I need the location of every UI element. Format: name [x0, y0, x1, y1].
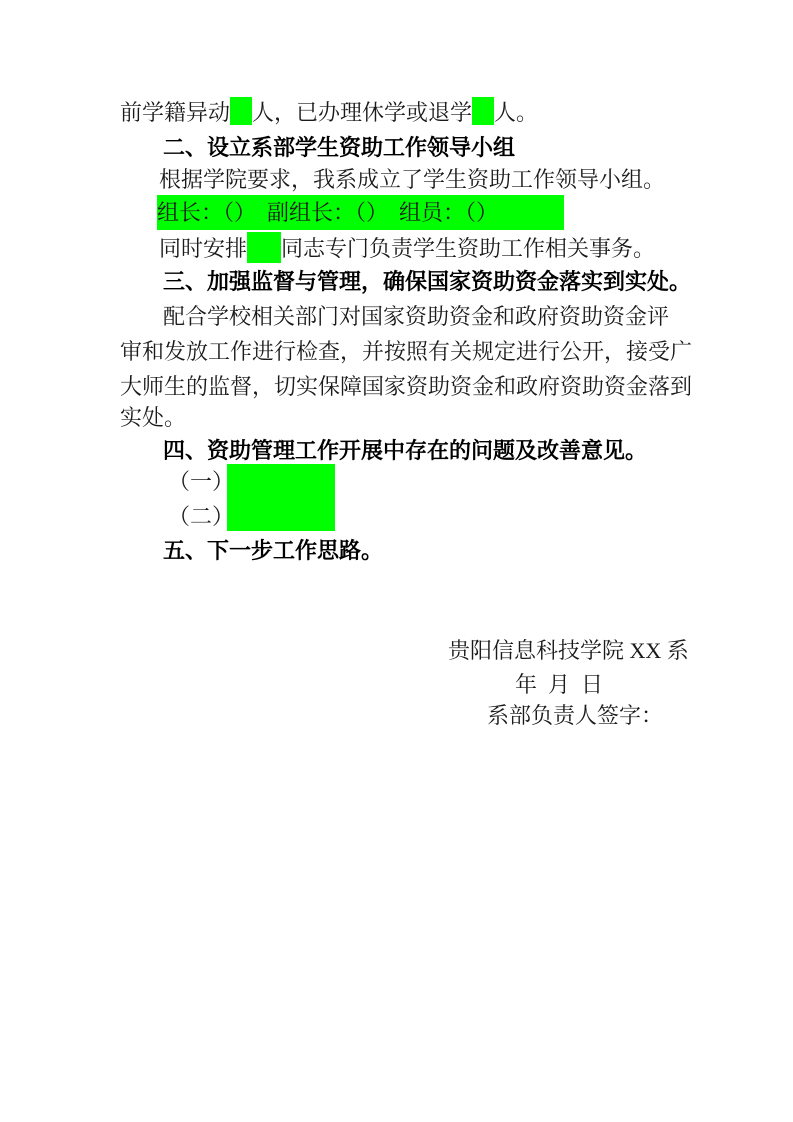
heading-section-2: 二、设立系部学生资助工作领导小组 [163, 133, 515, 163]
body-line-supervision-1: 配合学校相关部门对国家资助资金和政府资助资金评 [163, 302, 669, 332]
signature-org: 贵阳信息科技学院 XX 系 [448, 636, 689, 666]
redaction-box-count-2 [472, 97, 494, 125]
list-item-2: （二） [168, 502, 234, 532]
body-line-supervision-3: 大师生的监督，切实保障国家资助资金和政府资助资金落到 [120, 372, 692, 402]
signature-date: 年 月 日 [515, 670, 603, 700]
redaction-box-count-1 [230, 97, 252, 125]
text-after-counts: 人。 [494, 100, 538, 125]
heading-section-3: 三、加强监督与管理，确保国家资助资金落实到实处。 [163, 267, 691, 297]
body-line-leading-group: 根据学院要求，我系成立了学生资助工作领导小组。 [159, 165, 665, 195]
text-before-name: 同时安排 [159, 236, 247, 261]
body-line-supervision-2: 审和发放工作进行检查，并按照有关规定进行公开，接受广 [120, 337, 692, 367]
redaction-box-name [247, 232, 281, 263]
signature-sign-label: 系部负责人签字： [487, 701, 663, 731]
text-after-name: 同志专门负责学生资助工作相关事务。 [281, 236, 655, 261]
heading-section-5: 五、下一步工作思路。 [163, 536, 383, 566]
redaction-block-issues [227, 464, 335, 531]
heading-section-4: 四、资助管理工作开展中存在的问题及改善意见。 [163, 436, 647, 466]
document-page: 前学籍异动人，已办理休学或退学人。 二、设立系部学生资助工作领导小组 根据学院要… [0, 0, 793, 1122]
highlighted-leaders-line: 组长：（） 副组长：（） 组员：（） [157, 195, 564, 230]
body-line-supervision-4: 实处。 [120, 403, 186, 433]
body-line-arrangement: 同时安排同志专门负责学生资助工作相关事务。 [159, 232, 655, 264]
body-line-enrollment-change: 前学籍异动人，已办理休学或退学人。 [120, 97, 538, 128]
text-before-count: 前学籍异动 [120, 100, 230, 125]
list-item-1: （一） [168, 467, 234, 497]
text-between-counts: 人，已办理休学或退学 [252, 100, 472, 125]
